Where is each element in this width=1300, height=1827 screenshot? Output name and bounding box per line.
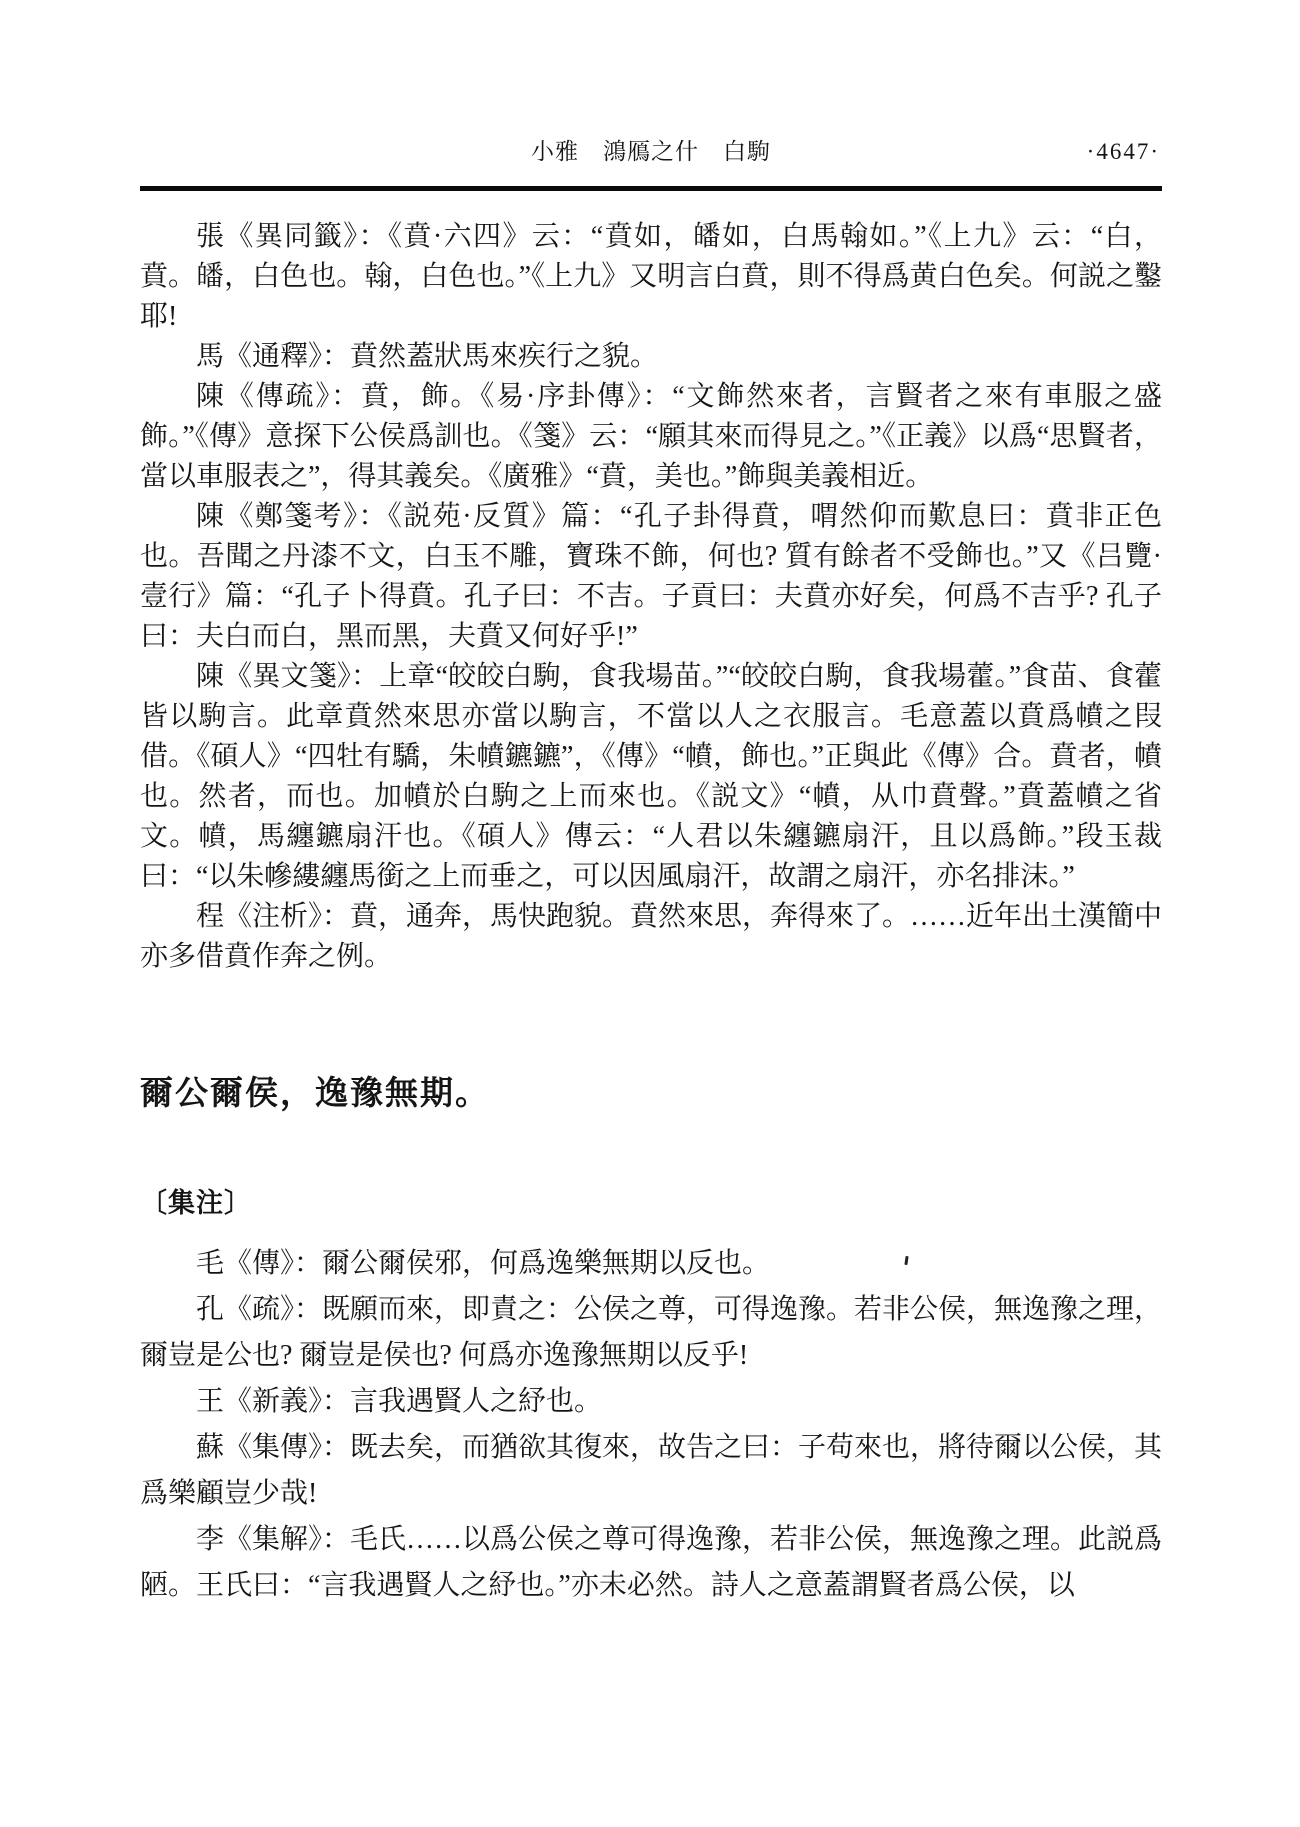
jizhu-section-label: 〔集注〕 — [140, 1187, 1162, 1219]
commentary-paragraph: 陳《鄭箋考》：《説苑·反質》篇：“孔子卦得賁，喟然仰而歎息曰：賁非正色也。吾聞之… — [140, 497, 1162, 657]
verse-heading: 爾公爾侯，逸豫無期。 — [140, 1075, 1162, 1113]
commentary-paragraph: 蘇《集傳》：既去矣，而猶欲其復來，故告之曰：子苟來也，將待爾以公侯，其爲樂顧豈少… — [140, 1425, 1162, 1517]
chapter-title: 小雅 鴻鴈之什 白駒 — [140, 138, 1162, 166]
commentary-paragraph: 馬《通釋》：賁然蓋狀馬來疾行之貌。 — [140, 337, 1162, 377]
commentary-paragraph: 李《集解》：毛氏……以爲公侯之尊可得逸豫，若非公侯，無逸豫之理。此説爲陋。王氏曰… — [140, 1517, 1162, 1609]
commentary-section-jizhu: 毛《傳》：爾公爾侯邪，何爲逸樂無期以反也。 孔《疏》：既願而來，即責之：公侯之尊… — [140, 1241, 1162, 1609]
page-content: 小雅 鴻鴈之什 白駒 ·4647· 張《異同籤》：《賁·六四》云：“賁如，皤如，… — [140, 138, 1162, 1609]
book-page: 小雅 鴻鴈之什 白駒 ·4647· 張《異同籤》：《賁·六四》云：“賁如，皤如，… — [0, 0, 1300, 1827]
commentary-paragraph: 孔《疏》：既願而來，即責之：公侯之尊，可得逸豫。若非公侯，無逸豫之理，爾豈是公也… — [140, 1287, 1162, 1379]
commentary-paragraph: 程《注析》：賁，通奔，馬快跑貌。賁然來思，奔得來了。……近年出土漢簡中亦多借賁作… — [140, 897, 1162, 977]
commentary-paragraph: 陳《異文箋》：上章“皎皎白駒，食我場苗。”“皎皎白駒，食我場藿。”食苗、食藿皆以… — [140, 657, 1162, 897]
commentary-paragraph: 王《新義》：言我遇賢人之紓也。 — [140, 1379, 1162, 1425]
page-number: ·4647· — [1087, 138, 1160, 166]
running-head: 小雅 鴻鴈之什 白駒 ·4647· — [140, 138, 1162, 166]
header-rule — [140, 186, 1162, 191]
commentary-paragraph: 張《異同籤》：《賁·六四》云：“賁如，皤如，白馬翰如。”《上九》云：“白，賁。皤… — [140, 217, 1162, 337]
commentary-section-top: 張《異同籤》：《賁·六四》云：“賁如，皤如，白馬翰如。”《上九》云：“白，賁。皤… — [140, 217, 1162, 977]
commentary-paragraph: 陳《傳疏》：賁，飾。《易·序卦傳》：“文飾然來者，言賢者之來有車服之盛飾。”《傳… — [140, 377, 1162, 497]
commentary-paragraph: 毛《傳》：爾公爾侯邪，何爲逸樂無期以反也。 — [140, 1241, 1162, 1287]
